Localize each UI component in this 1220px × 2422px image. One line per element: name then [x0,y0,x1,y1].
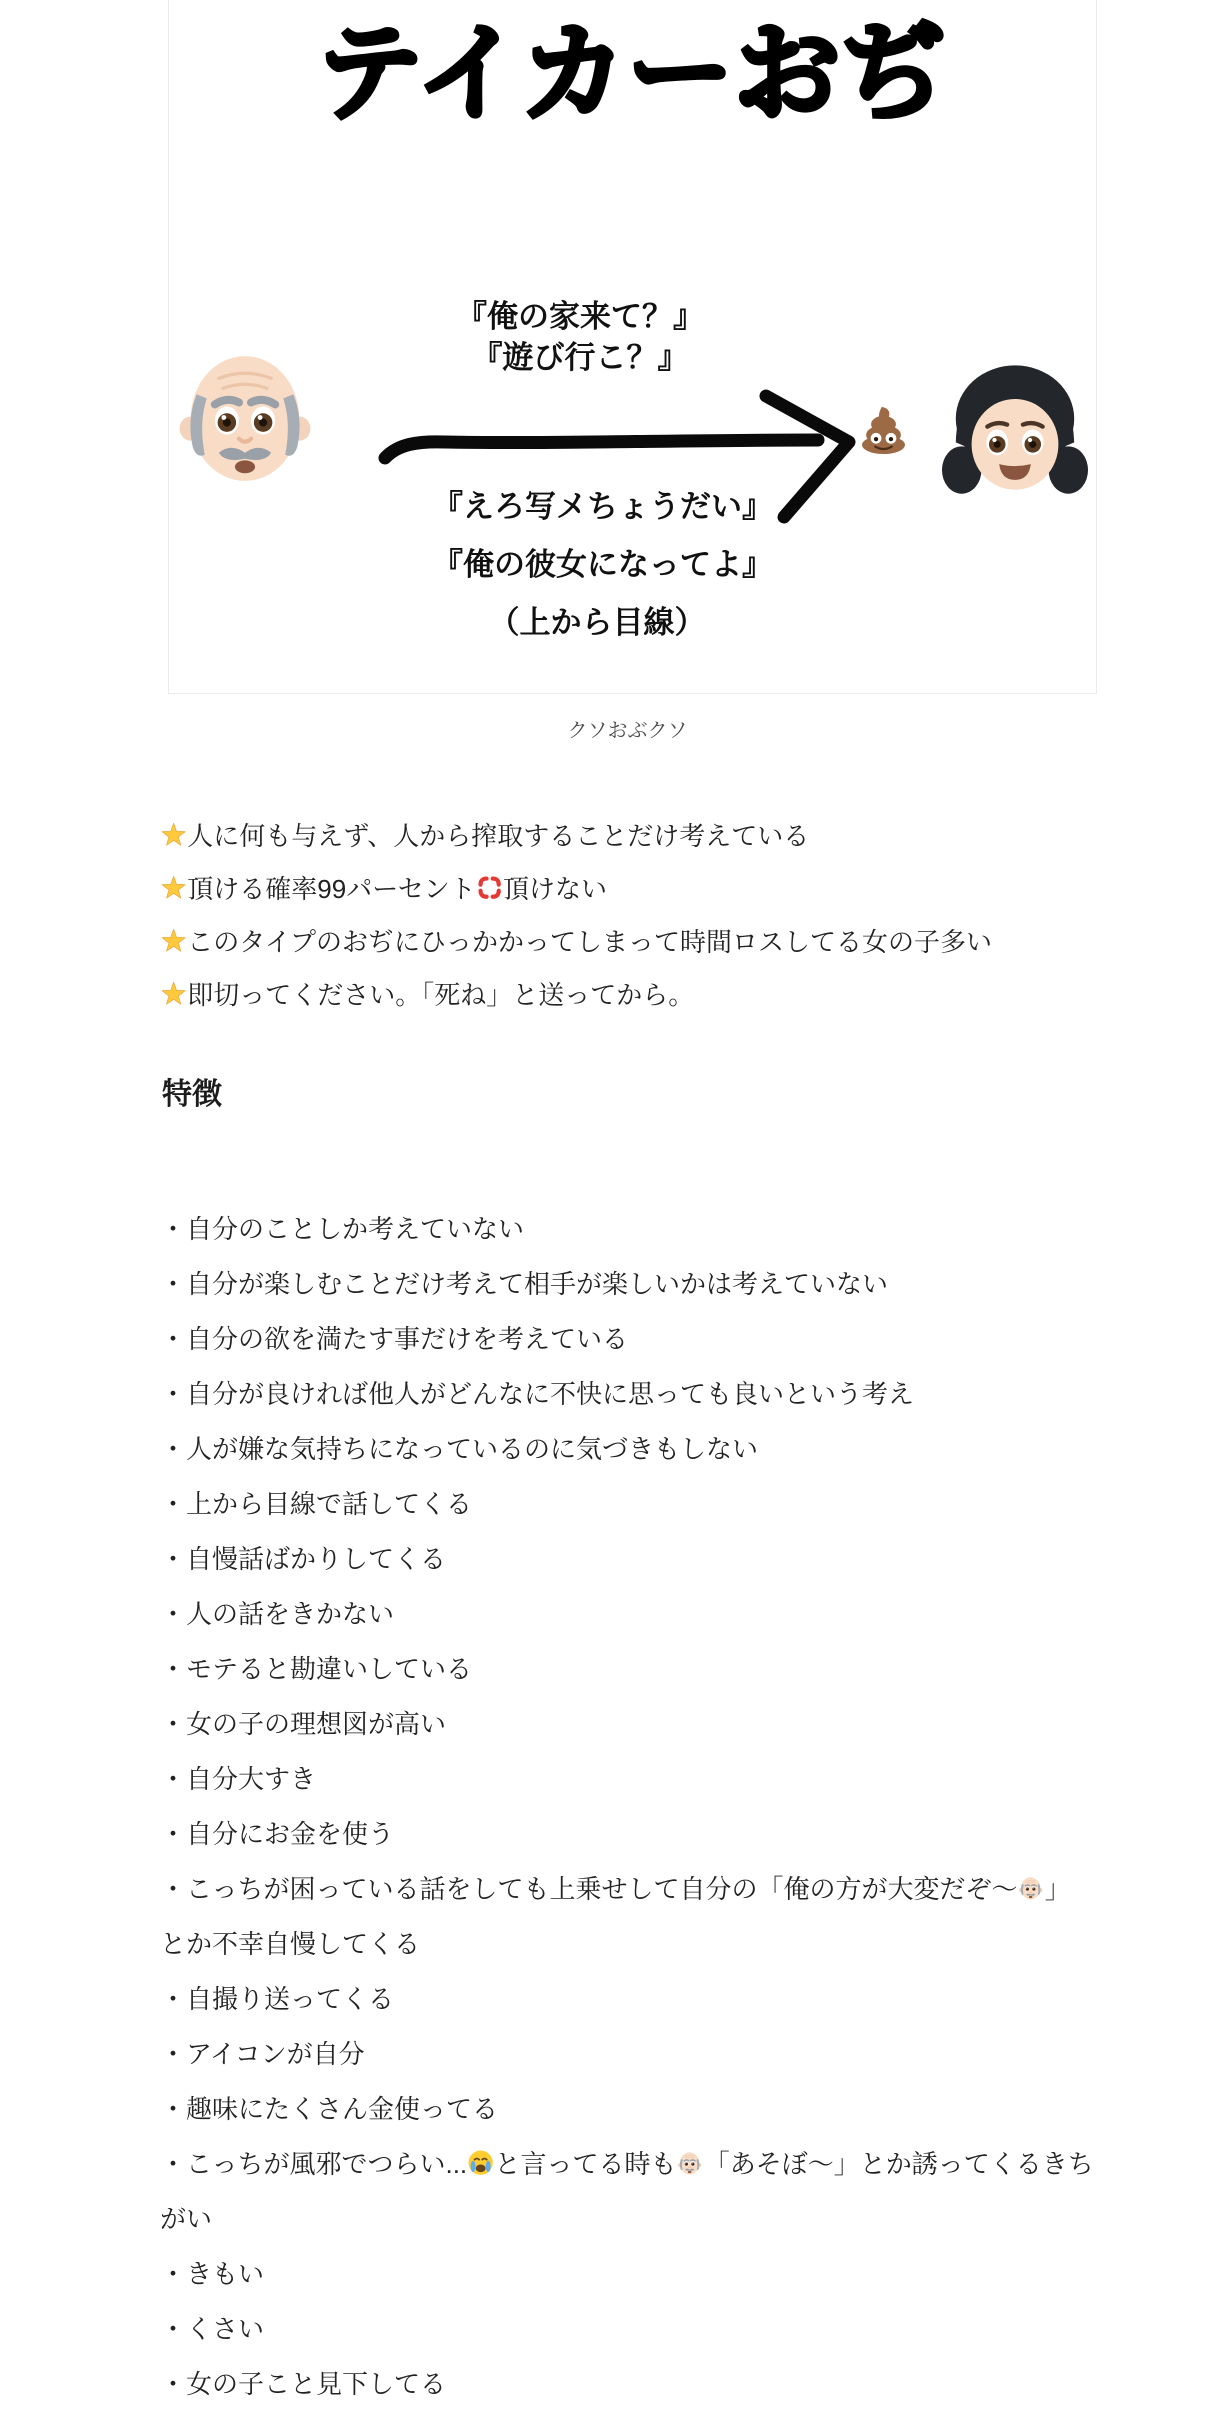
anger-symbol-icon [476,874,503,901]
feature-item: ・こっちが困っている話をしても上乗せして自分の「俺の方が大変だぞ〜」とか不幸自慢… [160,1862,1095,1972]
star-icon [160,821,187,848]
feature-item: ・人の話をきかない [160,1587,1095,1642]
feature-item: ・自分大すき [160,1752,1095,1807]
feature-item: ・自分が楽しむことだけ考えて相手が楽しいかは考えていない [160,1257,1095,1312]
star-icon [160,874,187,901]
old-man-emoji [172,338,318,491]
feature-item: ・人が嫌な気持ちになっているのに気づきもしない [160,1422,1095,1477]
star-point: このタイプのおぢにひっかかってしまって時間ロスしてる女の子多い [160,916,1095,969]
feature-item: ・女の子こと見下してる [160,2357,1095,2412]
feature-item: ・上から目線で話してくる [160,1477,1095,1532]
feature-list: ・自分のことしか考えていない ・自分が楽しむことだけ考えて相手が楽しいかは考えて… [160,1202,1095,2412]
image-caption: クソおぶクソ [160,718,1095,744]
star-icon [160,927,187,954]
star-point: 頂ける確率99パーセント頂けない [160,863,1095,916]
star-icon [160,980,187,1007]
features-heading: 特徴 [162,1076,1095,1114]
feature-item: ・自分が良ければ他人がどんなに不快に思っても良いという考え [160,1367,1095,1422]
crying-face-icon [467,2149,494,2176]
feature-item: ・自分の欲を満たす事だけを考えている [160,1312,1095,1367]
feature-item: ・自撮り送ってくる [160,1972,1095,2027]
feature-item: ・自分にお金を使う [160,1807,1095,1862]
star-points: 人に何も与えず、人から搾取することだけ考えている 頂ける確率99パーセント頂けな… [160,810,1095,1022]
speech-bottom: 『えろ写メちょうだい』 『俺の彼女になってよ』 （上から目線） [432,478,762,652]
meme-image[interactable]: テイカーおぢ 『俺の家来て？』 『遊び行こ？』 『えろ写メちょうだい』 『俺の彼… [168,0,1097,694]
old-man-icon [676,2149,703,2176]
feature-item: ・趣味にたくさん金使ってる [160,2082,1095,2137]
meme-illustration: テイカーおぢ 『俺の家来て？』 『遊び行こ？』 『えろ写メちょうだい』 『俺の彼… [169,0,1096,693]
feature-item: ・モテると勘違いしている [160,1642,1095,1697]
feature-item: ・くさい [160,2302,1095,2357]
star-point: 人に何も与えず、人から搾取することだけ考えている [160,810,1095,863]
speech-line: 『俺の家来て？』 [415,296,745,337]
feature-item: ・アイコンが自分 [160,2027,1095,2082]
feature-item: ・自分のことしか考えていない [160,1202,1095,1257]
speech-line: 『俺の彼女になってよ』 [432,536,762,594]
article-body: テイカーおぢ 『俺の家来て？』 『遊び行こ？』 『えろ写メちょうだい』 『俺の彼… [160,0,1095,2412]
speech-line: 『えろ写メちょうだい』 [432,478,762,536]
feature-item: ・自慢話ばかりしてくる [160,1532,1095,1587]
feature-item: ・こっちが風邪でつらい...と言ってる時も「あそぼ〜」とか誘ってくるきちがい [160,2137,1095,2247]
feature-item: ・きもい [160,2247,1095,2302]
old-man-icon [1017,1874,1044,1901]
feature-item: ・女の子の理想図が高い [160,1697,1095,1752]
girl-emoji [940,355,1090,512]
speech-line: （上から目線） [432,594,762,652]
speech-line: 『遊び行こ？』 [415,337,745,378]
speech-top: 『俺の家来て？』 『遊び行こ？』 [415,296,745,378]
meme-title: テイカーおぢ [169,14,1096,134]
star-point: 即切ってください。「死ね」と送ってから。 [160,969,1095,1022]
page: { "article": { "image_card": { "title": … [0,0,1220,2422]
